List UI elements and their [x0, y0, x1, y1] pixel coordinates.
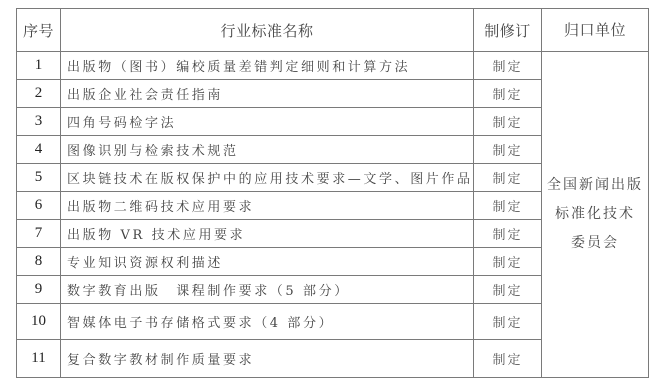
row-index: 4: [17, 136, 61, 164]
standard-name: 出版企业社会责任指南: [61, 80, 474, 108]
header-standard-name: 行业标准名称: [61, 9, 474, 52]
revision-type: 制定: [474, 192, 542, 220]
standard-name: 出版物 VR 技术应用要求: [61, 220, 474, 248]
revision-type: 制定: [474, 276, 542, 304]
standard-name: 专业知识资源权利描述: [61, 248, 474, 276]
standard-name: 区块链技术在版权保护中的应用技术要求—文学、图片作品: [61, 164, 474, 192]
row-index: 7: [17, 220, 61, 248]
revision-type: 制定: [474, 164, 542, 192]
standard-name: 出版物（图书）编校质量差错判定细则和计算方法: [61, 52, 474, 80]
header-index: 序号: [17, 9, 61, 52]
standard-name: 四角号码检字法: [61, 108, 474, 136]
table-header-row: 序号 行业标准名称 制修订 归口单位: [17, 9, 649, 52]
revision-type: 制定: [474, 248, 542, 276]
row-index: 2: [17, 80, 61, 108]
standard-name: 复合数字教材制作质量要求: [61, 340, 474, 378]
header-responsible-unit: 归口单位: [542, 9, 649, 52]
industry-standards-table: 序号 行业标准名称 制修订 归口单位 1 出版物（图书）编校质量差错判定细则和计…: [16, 8, 649, 378]
row-index: 5: [17, 164, 61, 192]
responsible-unit-line-2: 标准化技术: [542, 200, 648, 229]
row-index: 11: [17, 340, 61, 378]
row-index: 9: [17, 276, 61, 304]
revision-type: 制定: [474, 52, 542, 80]
row-index: 6: [17, 192, 61, 220]
revision-type: 制定: [474, 136, 542, 164]
responsible-unit-line-3: 委员会: [542, 229, 648, 258]
row-index: 1: [17, 52, 61, 80]
standard-name: 出版物二维码技术应用要求: [61, 192, 474, 220]
revision-type: 制定: [474, 80, 542, 108]
revision-type: 制定: [474, 340, 542, 378]
standard-name: 图像识别与检索技术规范: [61, 136, 474, 164]
row-index: 8: [17, 248, 61, 276]
row-index: 10: [17, 304, 61, 340]
revision-type: 制定: [474, 304, 542, 340]
table-row: 1 出版物（图书）编校质量差错判定细则和计算方法 制定 全国新闻出版 标准化技术…: [17, 52, 649, 80]
standard-name: 数字教育出版 课程制作要求（5 部分）: [61, 276, 474, 304]
revision-type: 制定: [474, 220, 542, 248]
responsible-unit-line-1: 全国新闻出版: [542, 171, 648, 200]
responsible-unit: 全国新闻出版 标准化技术 委员会: [542, 52, 649, 378]
header-revision-type: 制修订: [474, 9, 542, 52]
row-index: 3: [17, 108, 61, 136]
standard-name: 智媒体电子书存储格式要求（4 部分）: [61, 304, 474, 340]
revision-type: 制定: [474, 108, 542, 136]
